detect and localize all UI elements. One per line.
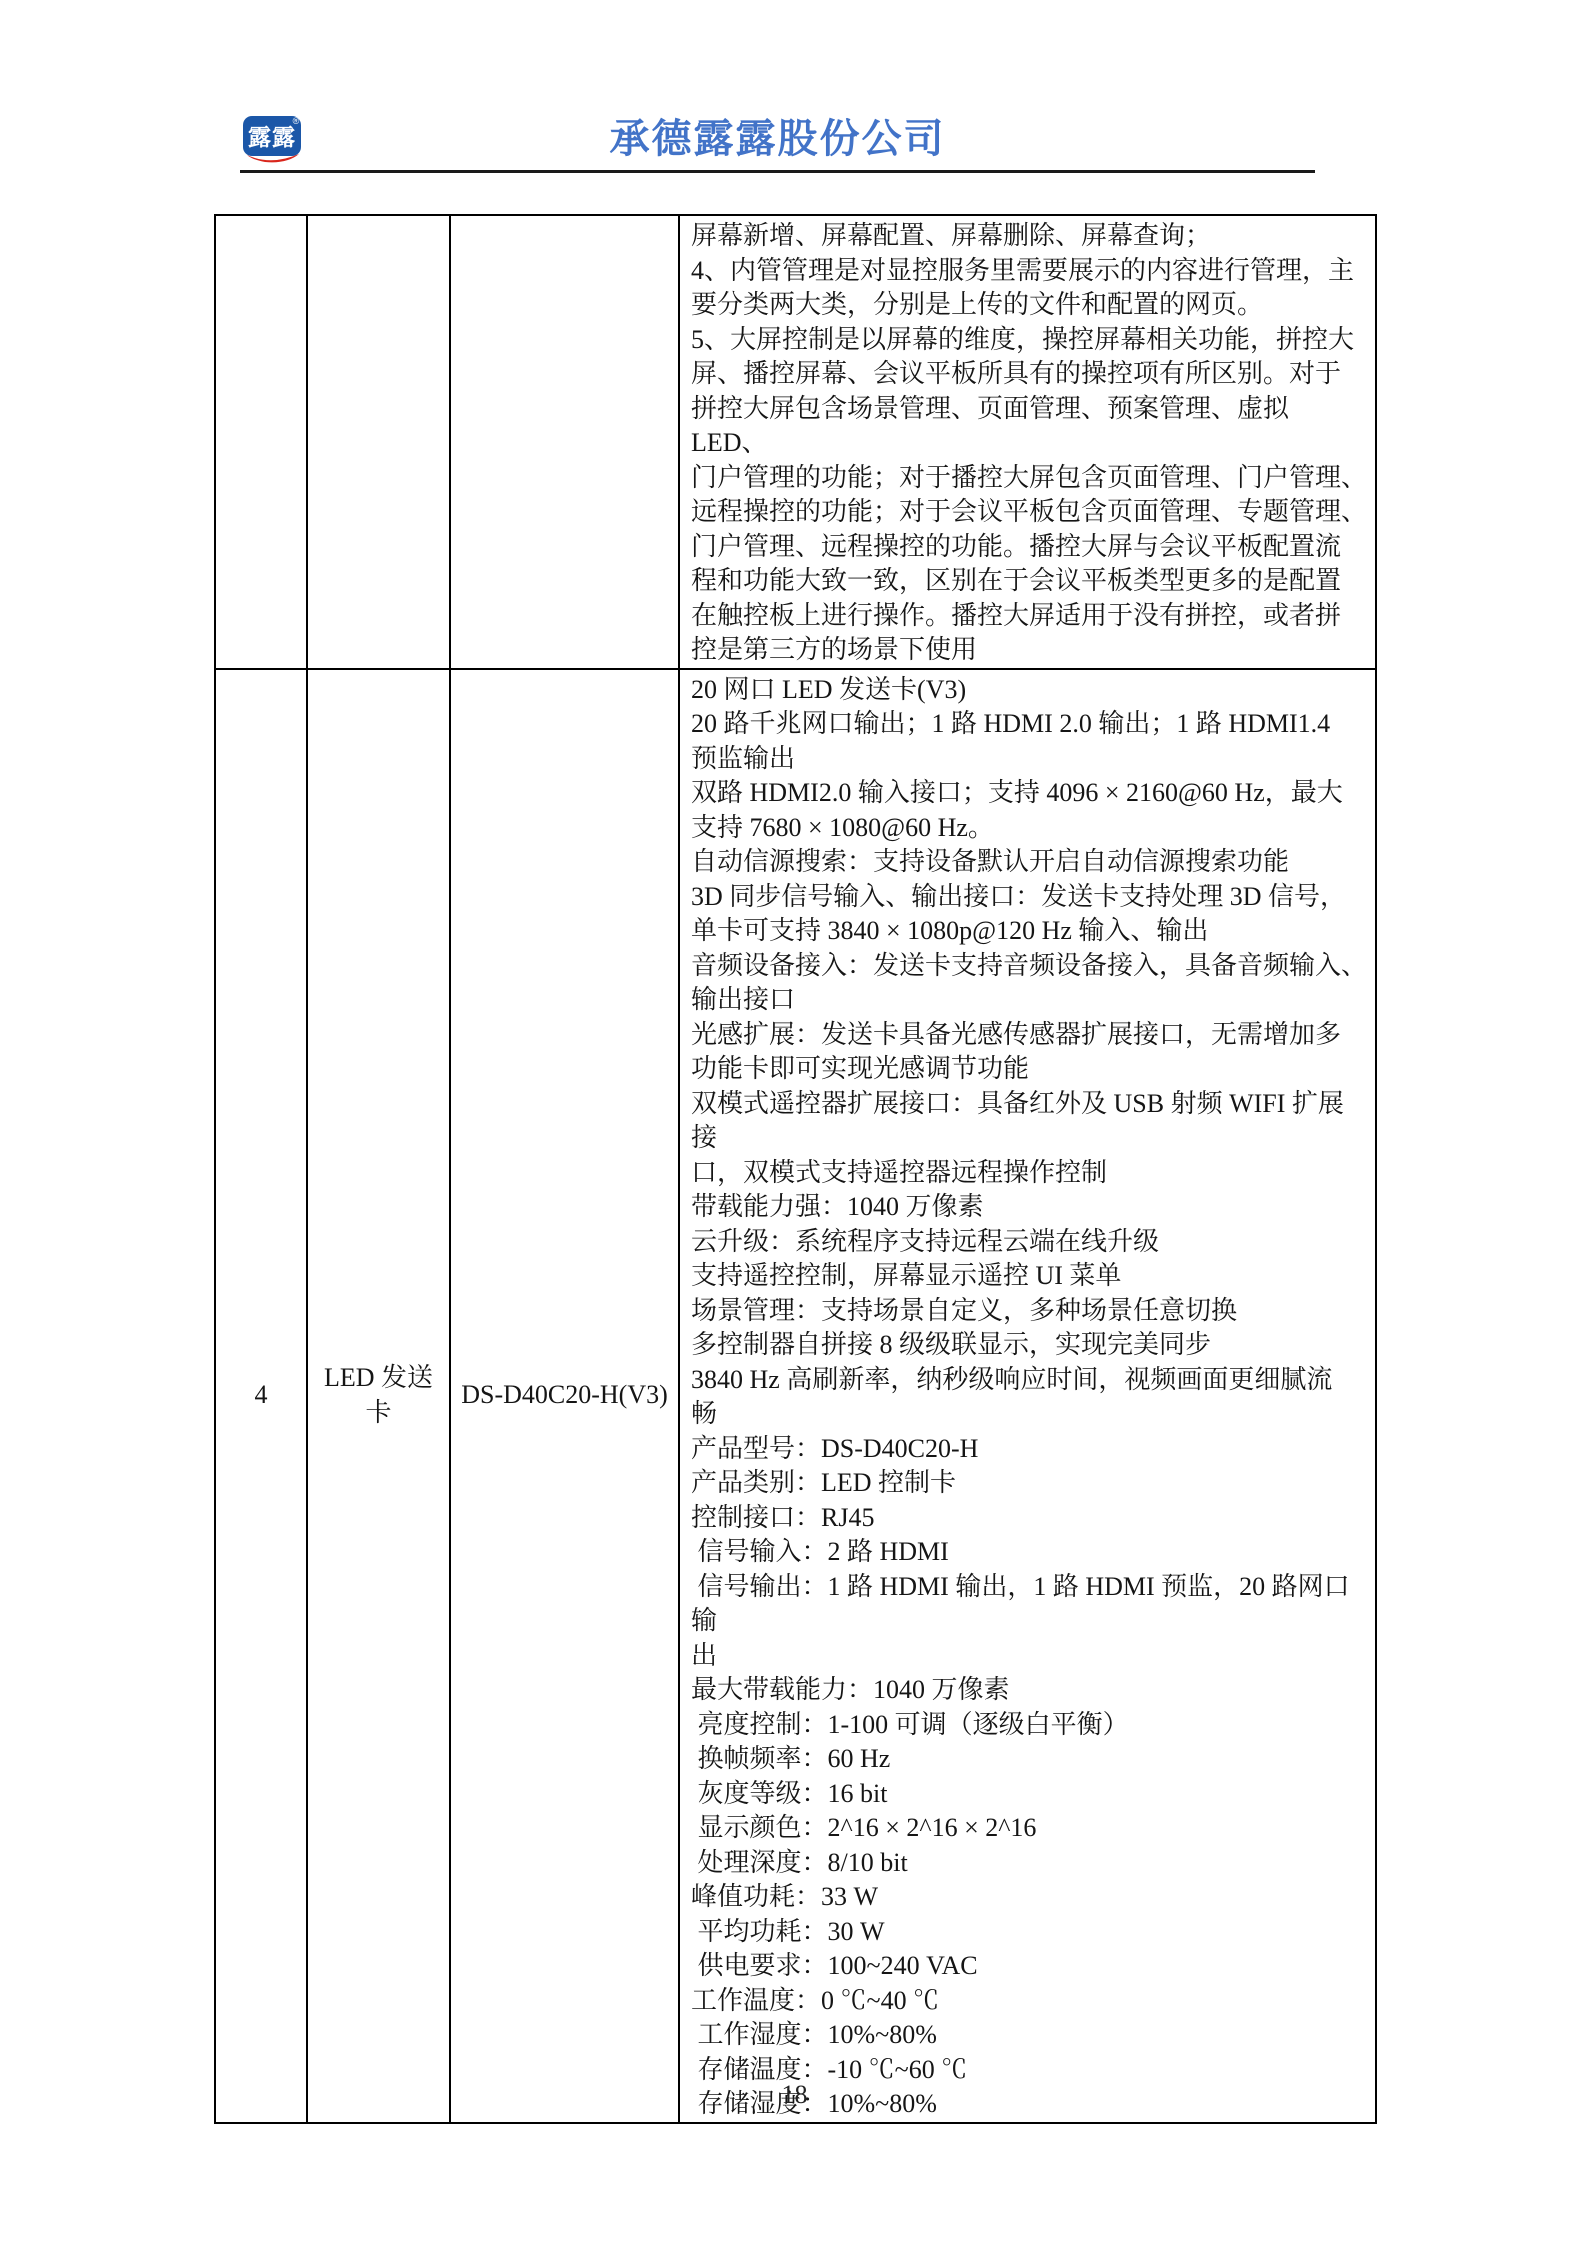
cell-model [450,215,679,669]
header-divider [240,170,1315,173]
page-number: 18 [214,2080,1375,2110]
table-row-led-sender-card: 4 LED 发送 卡 DS-D40C20-H(V3) 20 网口 LED 发送卡… [215,669,1376,2123]
cell-specification: 20 网口 LED 发送卡(V3) 20 路千兆网口输出；1 路 HDMI 2.… [679,669,1376,2123]
document-page: { "header": { "company_name": "承德露露股份公司"… [0,0,1587,2245]
table-row-continuation: 屏幕新增、屏幕配置、屏幕删除、屏幕查询； 4、内管管理是对显控服务里需要展示的内… [215,215,1376,669]
cell-model: DS-D40C20-H(V3) [450,669,679,2123]
spec-table: 屏幕新增、屏幕配置、屏幕删除、屏幕查询； 4、内管管理是对显控服务里需要展示的内… [214,214,1377,2124]
cell-device-name [307,215,450,669]
cell-specification: 屏幕新增、屏幕配置、屏幕删除、屏幕查询； 4、内管管理是对显控服务里需要展示的内… [679,215,1376,669]
cell-device-name: LED 发送 卡 [307,669,450,2123]
cell-index [215,215,307,669]
cell-index: 4 [215,669,307,2123]
company-title: 承德露露股份公司 [240,116,1315,162]
